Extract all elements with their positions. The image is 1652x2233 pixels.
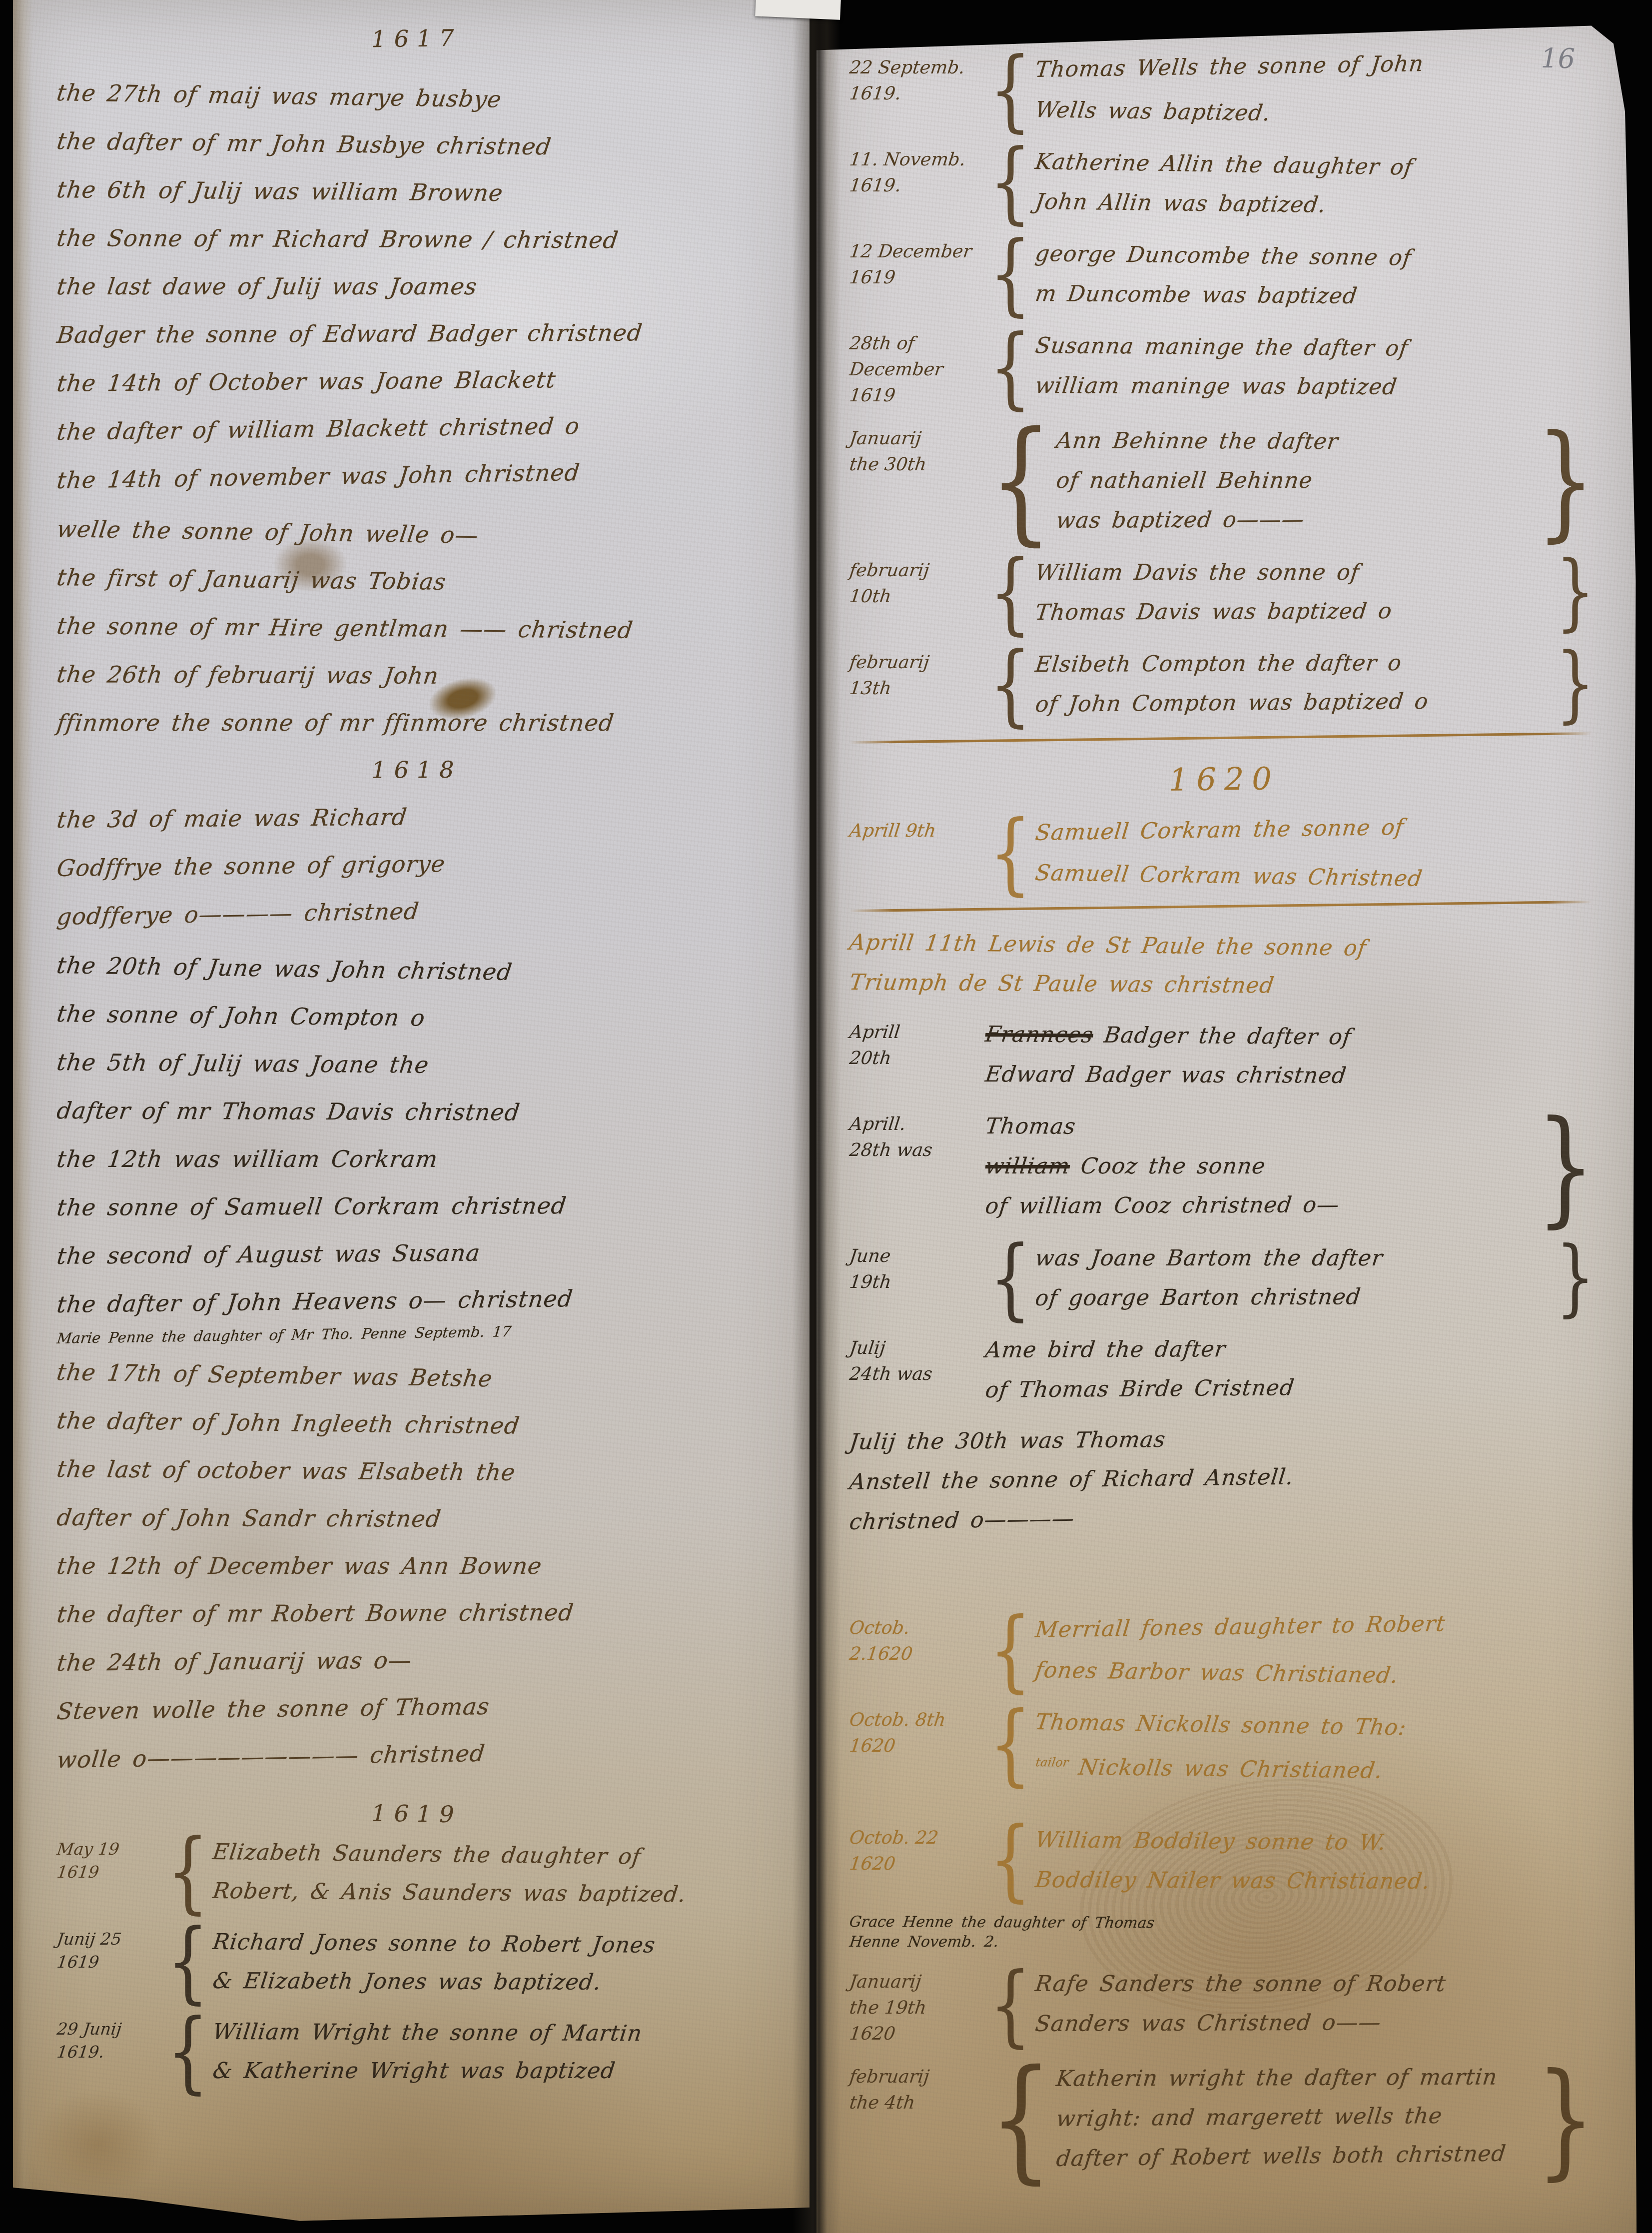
brace-mark: {: [985, 327, 1035, 407]
entry-lines: Rafe Sanders the sonne of RobertSanders …: [1035, 1964, 1599, 2044]
entry-date-line: 10th: [848, 584, 987, 610]
struck-word: Frannces: [984, 1022, 1095, 1048]
left-page-text-column: 1617the 27th of maij was marye busbyethe…: [57, 20, 777, 2103]
manuscript-line: ffinmore the sonne of mr ffinmore christ…: [54, 699, 780, 747]
manuscript-line: William Wright the sonne of Martin: [210, 2013, 779, 2054]
entry-date: Aprill.28th was: [849, 1107, 985, 1163]
manuscript-line: dafter of John Sandr christned: [54, 1493, 780, 1545]
interlined-word: tailor: [1035, 1755, 1069, 1770]
register-entry: Aprill 11th Lewis de St Paule the sonne …: [849, 923, 1599, 1003]
left-page: 1617the 27th of maij was marye busbyethe…: [13, 0, 810, 2222]
ink-rule: [849, 901, 1592, 912]
register-entry: 12 December1619{george Duncombe the sonn…: [849, 234, 1599, 314]
entry-date-line: 1619.: [55, 2041, 164, 2064]
entry-lines: Frannces Badger the dafter ofEdward Badg…: [985, 1015, 1599, 1095]
entry-date: Octob. 221620: [849, 1820, 985, 1877]
manuscript-scan: 1617the 27th of maij was marye busbyethe…: [0, 0, 1652, 2233]
entry-date-line: 13th: [848, 676, 987, 702]
manuscript-line: of Thomas Birde Cristned: [983, 1366, 1602, 1410]
entry-date-line: May 19: [55, 1838, 164, 1861]
entry-date-line: 1620: [848, 2021, 987, 2047]
entry-date-line: 2.1620: [848, 1641, 987, 1667]
entry-lines: Julij the 30th was ThomasAnstell the son…: [849, 1422, 1599, 1542]
entry-date-line: 20th: [848, 1046, 987, 1072]
register-entry: June19th{was Joane Bartom the dafterof g…: [849, 1238, 1599, 1318]
register-entry: Aprill.28th wasThomaswilliam Cooz the so…: [849, 1107, 1599, 1226]
manuscript-line: the 12th was william Corkram: [54, 1135, 780, 1183]
entry-date-line: 29 Junij: [55, 2018, 164, 2041]
register-entry: 22 Septemb.1619.{Thomas Wells the sonne …: [849, 50, 1599, 130]
brace-mark: }: [1532, 1110, 1599, 1223]
manuscript-line: dafter of mr Thomas Davis christned: [54, 1087, 780, 1138]
ink-stain: [33, 2089, 163, 2199]
brace-mark: {: [163, 1832, 213, 1912]
entry-date-line: Junij 25: [55, 1928, 164, 1951]
entry-lines: Ann Behinne the dafterof nathaniell Behi…: [1056, 421, 1532, 541]
manuscript-line: fones Barbor was Christianed.: [1032, 1650, 1601, 1699]
manuscript-line: Susanna maninge the dafter of: [1033, 326, 1601, 370]
manuscript-line: Merriall fones daughter to Robert: [1033, 1602, 1603, 1650]
entry-lines: William Boddiley sonne to W.Boddiley Nai…: [1035, 1820, 1599, 1900]
brace-mark: {: [985, 1965, 1035, 2045]
brace-mark: {: [985, 142, 1035, 222]
manuscript-line: dafter of Robert wells both christned: [1054, 2134, 1535, 2179]
manuscript-line: Samuell Corkram the sonne of: [1033, 805, 1603, 853]
manuscript-line: Richard Jones sonne to Robert Jones: [210, 1923, 779, 1966]
entry-date-line: Octob. 22: [848, 1825, 987, 1851]
brace-mark: {: [985, 2059, 1056, 2179]
manuscript-line: the second of August was Susana: [54, 1226, 780, 1280]
manuscript-line: Samuell Corkram was Christned: [1032, 853, 1601, 902]
brace-mark: {: [985, 1610, 1035, 1690]
manuscript-line: Wells was baptized.: [1032, 90, 1601, 138]
manuscript-line: the 12th of December was Ann Bowne: [54, 1542, 780, 1590]
manuscript-line: was baptized o———: [1054, 499, 1535, 541]
manuscript-line: & Katherine Wright was baptized: [210, 2052, 779, 2091]
entry-lines: Elsibeth Compton the dafter oof John Com…: [1035, 645, 1552, 725]
register-entry: Julij24th wasAme bird the dafterof Thoma…: [849, 1330, 1599, 1410]
manuscript-line: the dafter of mr Robert Bowne christned: [54, 1587, 780, 1639]
register-entry: 28th ofDecember1619{Susanna maninge the …: [849, 326, 1599, 409]
manuscript-line: the 6th of Julij was william Browne: [54, 165, 779, 219]
brace-mark: {: [985, 50, 1035, 130]
manuscript-line: Edward Badger was christned: [983, 1055, 1602, 1097]
manuscript-line: the dafter of John Ingleeth christned: [53, 1396, 779, 1453]
entry-date-line: Aprill 9th: [848, 818, 987, 844]
entry-lines: Thomaswilliam Cooz the sonneof william C…: [985, 1107, 1532, 1226]
entry-date-line: Januarij: [848, 426, 987, 452]
brace-mark: {: [163, 1922, 213, 2002]
brace-mark: {: [985, 553, 1035, 633]
entry-date: Junij 251619: [57, 1923, 163, 1974]
manuscript-line: Sanders was Christned o——: [1033, 2002, 1602, 2044]
inserted-note: Grace Henne the daughter of ThomasHenne …: [849, 1912, 1599, 1952]
year-heading: 1620: [849, 746, 1599, 813]
manuscript-line: of william Cooz christned o—: [983, 1184, 1535, 1226]
register-entry: 29 Junij1619.{William Wright the sonne o…: [57, 2013, 777, 2091]
entry-date-line: 28th was: [848, 1137, 987, 1163]
register-entry: Julij the 30th was ThomasAnstell the son…: [849, 1422, 1599, 1542]
manuscript-line: Elsibeth Compton the dafter o: [1033, 643, 1554, 685]
entry-lines: Samuell Corkram the sonne ofSamuell Cork…: [1035, 813, 1599, 893]
register-entry: Junij 251619{Richard Jones sonne to Robe…: [57, 1923, 777, 2001]
manuscript-line: m Duncombe was baptized: [1033, 274, 1601, 318]
register-entry: Octob.2.1620{Merriall fones daughter to …: [849, 1610, 1599, 1690]
brace-mark: }: [1552, 647, 1599, 723]
manuscript-line: the 14th of October was Joane Blackett: [54, 354, 780, 408]
entry-date-line: 12 December: [848, 239, 987, 265]
brace-mark: {: [985, 1238, 1035, 1318]
register-entry: Aprill 9th{Samuell Corkram the sonne ofS…: [849, 813, 1599, 893]
manuscript-line: Katherin wright the dafter of martin: [1054, 2057, 1535, 2099]
manuscript-line: Thomas: [983, 1107, 1534, 1148]
entry-date: June19th: [849, 1238, 985, 1295]
entry-date: februarij10th: [849, 553, 985, 610]
brace-mark: {: [163, 2012, 213, 2092]
brace-mark: {: [985, 813, 1035, 893]
manuscript-line: William Davis the sonne of: [1033, 553, 1554, 593]
entry-lines: Aprill 11th Lewis de St Paule the sonne …: [849, 923, 1599, 1003]
entry-lines: Grace Henne the daughter of ThomasHenne …: [849, 1912, 1599, 1952]
entry-date-line: Aprill: [848, 1020, 987, 1046]
register-entry: februarij10th{William Davis the sonne of…: [849, 553, 1599, 633]
manuscript-line: the Sonne of mr Richard Browne / christn…: [54, 214, 780, 265]
entry-lines: george Duncombe the sonne ofm Duncombe w…: [1035, 234, 1599, 314]
entry-lines: Richard Jones sonne to Robert Jones& Eli…: [213, 1923, 777, 2001]
entry-date: 12 December1619: [849, 234, 985, 291]
manuscript-line: the first of Januarij was Tobias: [53, 553, 779, 610]
register-entry: Aprill20thFrannces Badger the dafter ofE…: [849, 1015, 1599, 1095]
entry-date-line: 1620: [848, 1851, 987, 1877]
entry-date-line: 22 Septemb.: [848, 55, 987, 81]
manuscript-line: Thomas Davis was baptized o: [1033, 591, 1554, 633]
entry-date: 11. Novemb.1619.: [849, 142, 985, 199]
brace-mark: }: [1552, 1241, 1599, 1316]
entry-date-line: 11. Novemb.: [848, 147, 987, 173]
register-entry: May 191619{Elizabeth Saunders the daught…: [57, 1833, 777, 1911]
brace-mark: {: [985, 645, 1035, 725]
entry-date-line: februarij: [848, 2064, 987, 2090]
brace-mark: {: [985, 421, 1056, 541]
right-page: 16 22 Septemb.1619.{Thomas Wells the son…: [817, 0, 1639, 2233]
manuscript-line: george Duncombe the sonne of: [1033, 234, 1601, 280]
manuscript-line: william maninge was baptized: [1033, 366, 1602, 408]
manuscript-line: tailor Nickolls was Christianed.: [1032, 1742, 1601, 1794]
entry-lines: Susanna maninge the dafter ofwilliam man…: [1035, 326, 1599, 406]
entry-date-line: 19th: [848, 1269, 987, 1295]
entry-date: May 191619: [57, 1833, 163, 1884]
entry-lines: Thomas Wells the sonne of JohnWells was …: [1035, 50, 1599, 130]
manuscript-line: wright: and margerett wells the: [1054, 2095, 1535, 2139]
manuscript-line: william Cooz the sonne: [983, 1146, 1534, 1186]
register-entry: Octob. 221620{William Boddiley sonne to …: [849, 1820, 1599, 1900]
entry-date-line: Octob.: [848, 1615, 987, 1641]
entry-date: februarij13th: [849, 645, 985, 702]
entry-date-line: februarij: [848, 650, 987, 676]
manuscript-line: of nathaniell Behinne: [1054, 461, 1534, 501]
manuscript-line: the 24th of Januarij was o—: [54, 1633, 780, 1687]
manuscript-line: the 5th of Julij was Joane the: [54, 1038, 779, 1092]
entry-date-line: 1619: [848, 265, 987, 291]
manuscript-line: the sonne of mr Hire gentlman —— christn…: [54, 602, 779, 656]
entry-date-line: Aprill.: [848, 1112, 987, 1137]
entry-lines: Katherin wright the dafter of martinwrig…: [1056, 2059, 1532, 2179]
manuscript-line: Ame bird the dafter: [983, 1328, 1602, 1370]
manuscript-line: Boddiley Nailer was Christianed.: [1033, 1860, 1602, 1902]
entry-date: Januarijthe 19th1620: [849, 1964, 985, 2047]
entry-lines: was Joane Bartom the dafterof goarge Bar…: [1035, 1238, 1552, 1318]
brace-mark: }: [1552, 555, 1599, 631]
entry-lines: William Wright the sonne of Martin& Kath…: [213, 2013, 777, 2091]
entry-date-line: 1619: [55, 1861, 164, 1884]
entry-date: februarijthe 4th: [849, 2059, 985, 2116]
manuscript-line: Henne Novemb. 2.: [848, 1932, 1601, 1952]
entry-date: 29 Junij1619.: [57, 2013, 163, 2064]
brace-mark: {: [985, 1705, 1035, 1785]
manuscript-line: of goarge Barton christned: [1033, 1276, 1554, 1318]
entry-date-line: Januarij: [848, 1969, 987, 1995]
entry-date: 28th ofDecember1619: [849, 326, 985, 409]
entry-date: Aprill20th: [849, 1015, 985, 1072]
register-entry: februarij13th{Elsibeth Compton the dafte…: [849, 645, 1599, 725]
manuscript-line: the 3d of maie was Richard: [54, 790, 780, 844]
entry-date: Aprill 9th: [849, 813, 985, 844]
entry-date: Octob.2.1620: [849, 1610, 985, 1667]
register-entry: Januarijthe 30th{Ann Behinne the daftero…: [849, 421, 1599, 541]
entry-date: Januarijthe 30th: [849, 421, 985, 478]
entry-date-line: 24th was: [848, 1361, 987, 1387]
entry-date-line: 1619.: [848, 173, 987, 199]
register-entry: Octob. 8th1620{Thomas Nickolls sonne to …: [849, 1702, 1599, 1787]
brace-mark: }: [1532, 2063, 1599, 2176]
manuscript-line: the sonne of Samuell Corkram christned: [54, 1180, 780, 1232]
entry-date-line: the 30th: [848, 452, 987, 478]
entry-lines: Merriall fones daughter to Robertfones B…: [1035, 1610, 1599, 1690]
entry-date: Octob. 8th1620: [849, 1702, 985, 1759]
manuscript-line: of John Compton was baptized o: [1033, 681, 1554, 725]
register-entry: Januarijthe 19th1620{Rafe Sanders the so…: [849, 1964, 1599, 2047]
manuscript-line: Thomas Wells the sonne of John: [1033, 41, 1603, 90]
manuscript-line: Ann Behinne the dafter: [1054, 421, 1534, 463]
manuscript-line: the dafter of mr John Busbye christned: [53, 117, 779, 174]
struck-word: william: [984, 1153, 1071, 1179]
manuscript-line: & Elizabeth Jones was baptized.: [210, 1962, 779, 2003]
blank-space: [849, 1799, 1599, 1820]
manuscript-line: the last dawe of Julij was Joames: [54, 262, 780, 311]
entry-date-line: June: [848, 1243, 987, 1269]
entry-date-line: 1619.: [848, 81, 987, 107]
manuscript-line: Frannces Badger the dafter of: [983, 1015, 1601, 1059]
brace-mark: }: [1532, 424, 1599, 537]
entry-date-line: 1619: [55, 1951, 164, 1974]
manuscript-line: Triumph de St Paule was christned: [847, 963, 1601, 1009]
blank-space: [849, 1554, 1599, 1610]
year-heading: 1618: [57, 744, 777, 796]
manuscript-line: Badger the sonne of Edward Badger christ…: [54, 308, 780, 359]
entry-lines: Thomas Nickolls sonne to Tho:tailor Nick…: [1035, 1702, 1599, 1787]
entry-lines: Elizabeth Saunders the daughter ofRobert…: [213, 1833, 777, 1911]
entry-date-line: Octob. 8th: [848, 1707, 987, 1733]
manuscript-line: Grace Henne the daughter of Thomas: [848, 1912, 1600, 1935]
entry-lines: Ame bird the dafterof Thomas Birde Crist…: [985, 1330, 1599, 1410]
entry-date-line: 1619: [848, 383, 987, 409]
manuscript-line: the 26th of februarij was John: [54, 650, 780, 702]
entry-date-line: December: [848, 357, 987, 383]
manuscript-line: was Joane Bartom the dafter: [1033, 1238, 1554, 1278]
entry-date: 22 Septemb.1619.: [849, 50, 985, 107]
manuscript-line: William Boddiley sonne to W.: [1033, 1820, 1601, 1865]
manuscript-line: the sonne of John Compton o: [53, 990, 779, 1047]
right-page-text-column: 22 Septemb.1619.{Thomas Wells the sonne …: [849, 50, 1599, 2191]
entry-date-line: the 4th: [848, 2090, 987, 2116]
entry-date-line: the 19th: [848, 1995, 987, 2021]
entry-date-line: Julij: [848, 1335, 987, 1361]
manuscript-line: Rafe Sanders the sonne of Robert: [1033, 1964, 1602, 2004]
entry-date: Julij24th was: [849, 1330, 985, 1387]
entry-date-line: 28th of: [848, 331, 987, 357]
year-heading: 1617: [56, 9, 777, 68]
manuscript-line: John Allin was baptized.: [1033, 182, 1601, 228]
manuscript-line: Elizabeth Saunders the daughter of: [210, 1833, 779, 1878]
brace-mark: {: [985, 234, 1035, 314]
register-entry: februarijthe 4th{Katherin wright the daf…: [849, 2059, 1599, 2179]
ink-rule: [849, 732, 1592, 744]
brace-mark: {: [985, 1820, 1035, 1900]
register-entry: 11. Novemb.1619.{Katherine Allin the dau…: [849, 142, 1599, 222]
manuscript-line: the last of october was Elsabeth the: [54, 1445, 779, 1499]
entry-lines: William Davis the sonne ofThomas Davis w…: [1035, 553, 1552, 633]
entry-date-line: februarij: [848, 558, 987, 584]
entry-lines: Katherine Allin the daughter ofJohn Alli…: [1035, 142, 1599, 222]
entry-date-line: 1620: [848, 1733, 987, 1759]
manuscript-line: Robert, & Anis Saunders was baptized.: [210, 1872, 779, 1915]
